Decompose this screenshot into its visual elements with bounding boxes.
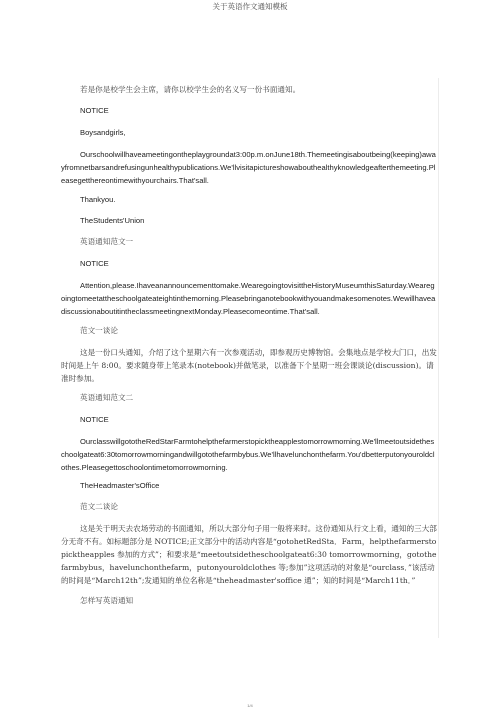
notice1-signature: TheStudents'Union — [80, 214, 144, 227]
notice1-greeting: Boysandgirls, — [80, 126, 126, 139]
notice2-body: Attention,please.Ihaveanannouncementtoma… — [61, 279, 437, 318]
notice1-body: Ourschoolwillhaveameetingontheplayground… — [61, 148, 437, 187]
page-number: 1/4 — [0, 703, 500, 708]
prompt-text: 若是你是校学生会主席，请你以校学生会的名义写一份书面通知。 — [80, 83, 300, 96]
notice1-heading: NOTICE — [80, 104, 109, 117]
comment2-title: 范文二谈论 — [80, 500, 118, 513]
sample2-title: 英语通知范文二 — [80, 391, 133, 404]
notice3-heading: NOTICE — [80, 413, 109, 426]
notice1-closing: Thankyou. — [80, 193, 115, 206]
sample1-title: 英语通知范文一 — [80, 235, 133, 248]
document-title: 关于英语作文通知模板 — [0, 1, 500, 12]
page-border — [438, 78, 439, 638]
comment1-title: 范文一谈论 — [80, 324, 118, 337]
how-to-title: 怎样写英语通知 — [80, 594, 133, 607]
notice3-body: OurclasswillgototheRedStarFarmtohelpthef… — [61, 435, 437, 474]
comment1-body: 这是一份口头通知，介绍了这个星期六有一次参观活动，即参观历史博物馆。会集地点是学… — [61, 346, 437, 385]
comment2-body: 这是关于明天去农场劳动的书面通知，所以大部分句子用一般将来时。这份通知从行文上看… — [61, 522, 437, 587]
notice2-heading: NOTICE — [80, 257, 109, 270]
notice3-signature: TheHeadmaster'sOffice — [80, 479, 159, 492]
